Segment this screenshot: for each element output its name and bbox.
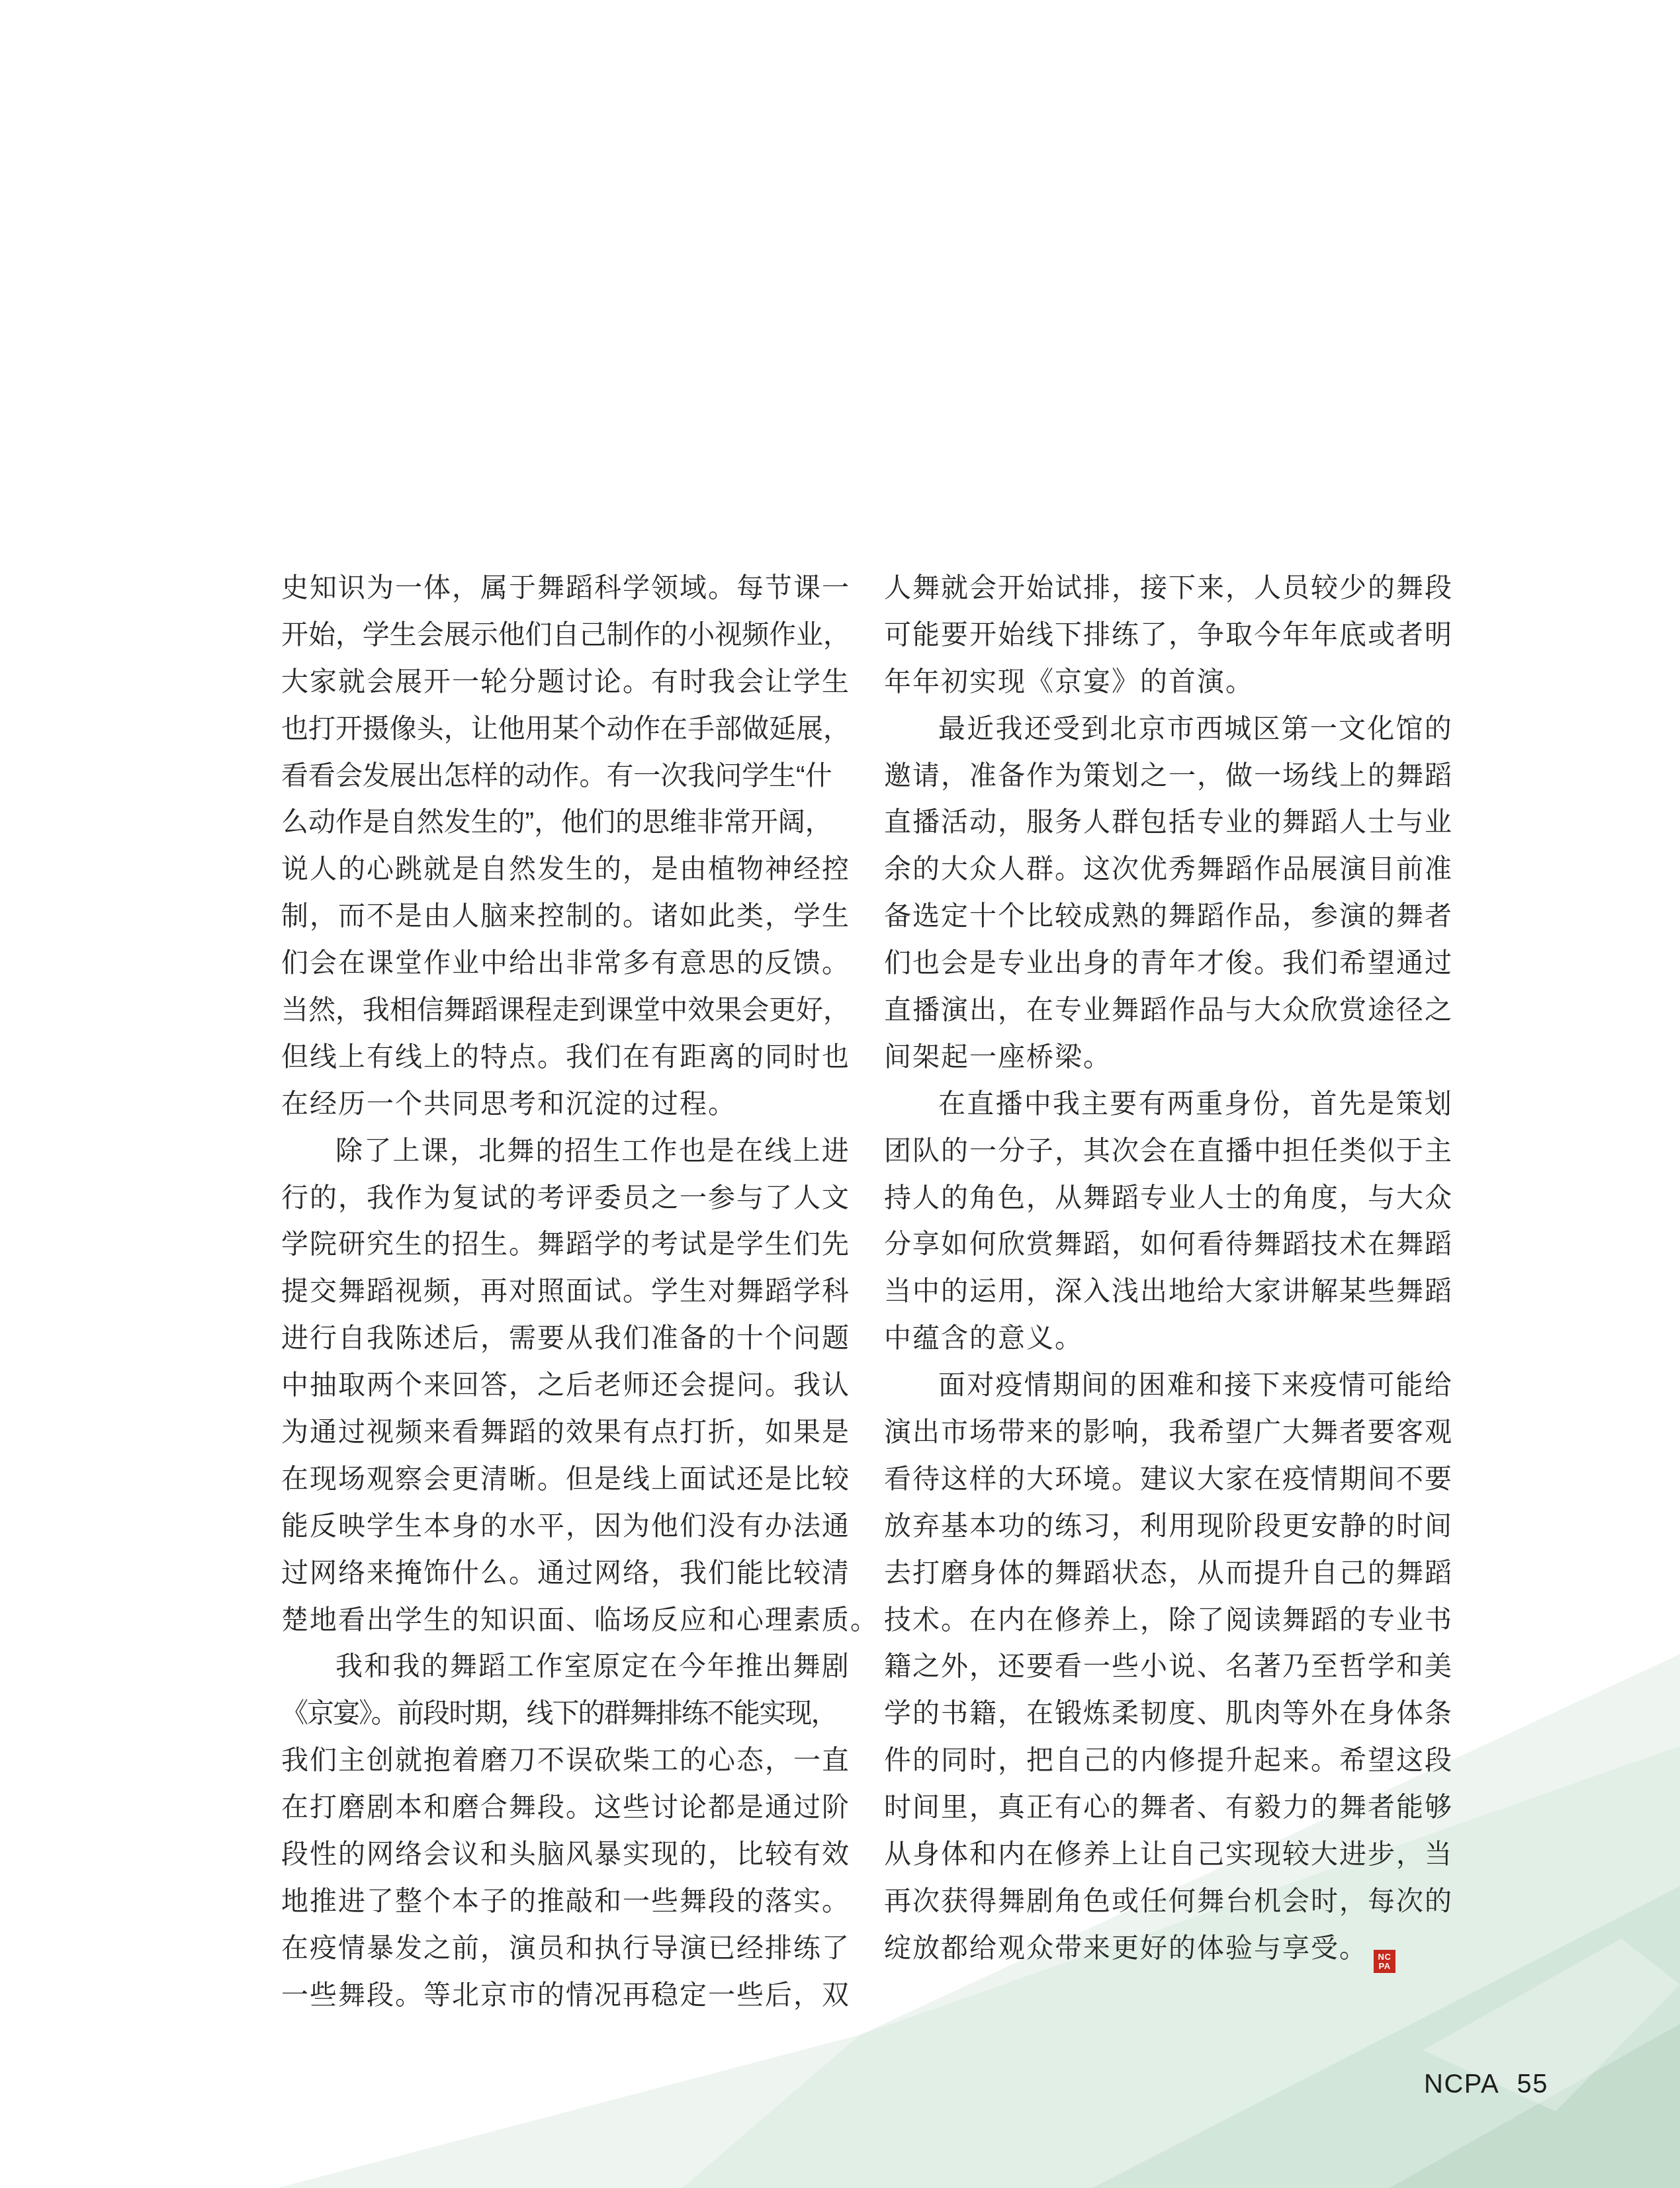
text-run: 去打磨身体的舞蹈状态，从而提升自己的舞蹈 — [884, 1557, 1453, 1588]
text-line: 件的同时，把自己的内修提升起来。希望这段 — [884, 1737, 1453, 1784]
text-line: 段性的网络会议和头脑风暴实现的，比较有效 — [281, 1831, 850, 1878]
text-line: 行的，我作为复试的考评委员之一参与了人文 — [281, 1174, 850, 1221]
text-line: 中蕴含的意义。 — [884, 1315, 1453, 1362]
text-line: 当中的运用，深入浅出地给大家讲解某些舞蹈 — [884, 1268, 1453, 1315]
text-run: 间架起一座桥梁。 — [884, 1041, 1112, 1072]
text-run: 直播演出，在专业舞蹈作品与大众欣赏途径之 — [884, 994, 1453, 1025]
text-line: 《京宴》。前段时期，线下的群舞排练不能实现， — [281, 1690, 850, 1737]
ncpa-seal: NCPA — [1374, 1950, 1395, 1973]
text-line: 中抽取两个来回答，之后老师还会提问。我认 — [281, 1362, 850, 1409]
text-line: 学的书籍，在锻炼柔韧度、肌肉等外在身体条 — [884, 1690, 1453, 1737]
text-run: 制，而不是由人脑来控制的。诸如此类，学生 — [281, 900, 850, 931]
text-line: 年年初实现《京宴》的首演。 — [884, 658, 1453, 705]
text-run: 大家就会展开一轮分题讨论。有时我会让学生 — [281, 666, 850, 697]
text-run: 学院研究生的招生。舞蹈学的考试是学生们先 — [281, 1229, 850, 1259]
text-run: 余的大众人群。这次优秀舞蹈作品展演目前准 — [884, 853, 1453, 884]
text-line: 间架起一座桥梁。 — [884, 1033, 1453, 1080]
text-line: 人舞就会开始试排，接下来，人员较少的舞段 — [884, 564, 1453, 611]
text-run: 中抽取两个来回答，之后老师还会提问。我认 — [281, 1370, 850, 1400]
text-column-left: 史知识为一体，属于舞蹈科学领域。每节课一开始，学生会展示他们自己制作的小视频作业… — [281, 564, 850, 2019]
text-line: 在直播中我主要有两重身份，首先是策划 — [884, 1080, 1453, 1127]
text-run: 在打磨剧本和磨合舞段。这些讨论都是通过阶 — [281, 1792, 850, 1822]
text-line: 去打磨身体的舞蹈状态，从而提升自己的舞蹈 — [884, 1550, 1453, 1597]
text-line: 提交舞蹈视频，再对照面试。学生对舞蹈学科 — [281, 1268, 850, 1315]
text-line: 看看会发展出怎样的动作。有一次我问学生“什 — [281, 752, 850, 799]
text-run: 看看会发展出怎样的动作。有一次我问学生“什 — [281, 760, 832, 791]
text-line: 演出市场带来的影响，我希望广大舞者要客观 — [884, 1409, 1453, 1456]
text-run: 备选定十个比较成熟的舞蹈作品，参演的舞者 — [884, 900, 1453, 931]
text-line: 楚地看出学生的知识面、临场反应和心理素质。 — [281, 1597, 850, 1643]
text-run: 中蕴含的意义。 — [884, 1323, 1083, 1353]
text-run: 演出市场带来的影响，我希望广大舞者要客观 — [884, 1417, 1453, 1447]
text-run: 进行自我陈述后，需要从我们准备的十个问题 — [281, 1323, 850, 1353]
text-line: 也打开摄像头，让他用某个动作在手部做延展， — [281, 705, 850, 752]
text-run: 但线上有线上的特点。我们在有距离的同时也 — [281, 1041, 850, 1072]
text-line: 备选定十个比较成熟的舞蹈作品，参演的舞者 — [884, 893, 1453, 940]
text-line: 时间里，真正有心的舞者、有毅力的舞者能够 — [884, 1784, 1453, 1831]
text-run: 《京宴》。前段时期，线下的群舞排练不能实现， — [281, 1698, 836, 1728]
text-line: 除了上课，北舞的招生工作也是在线上进 — [281, 1127, 850, 1174]
text-line: 说人的心跳就是自然发生的，是由植物神经控 — [281, 846, 850, 893]
text-line: 过网络来掩饰什么。通过网络，我们能比较清 — [281, 1550, 850, 1597]
text-line: 技术。在内在修养上，除了阅读舞蹈的专业书 — [884, 1597, 1453, 1643]
seal-line-1: NC — [1378, 1952, 1392, 1962]
text-line: 再次获得舞剧角色或任何舞台机会时，每次的 — [884, 1878, 1453, 1925]
text-line: 籍之外，还要看一些小说、名著乃至哲学和美 — [884, 1643, 1453, 1690]
text-line: 直播活动，服务人群包括专业的舞蹈人士与业 — [884, 799, 1453, 846]
text-run: 在现场观察会更清晰。但是线上面试还是比较 — [281, 1464, 850, 1494]
text-line: 为通过视频来看舞蹈的效果有点打折，如果是 — [281, 1409, 850, 1456]
text-run: 人舞就会开始试排，接下来，人员较少的舞段 — [884, 572, 1453, 603]
text-run: 放弃基本功的练习，利用现阶段更安静的时间 — [884, 1510, 1453, 1541]
text-line: 开始，学生会展示他们自己制作的小视频作业， — [281, 611, 850, 658]
text-run: 件的同时，把自己的内修提升起来。希望这段 — [884, 1745, 1453, 1775]
magazine-page: 史知识为一体，属于舞蹈科学领域。每节课一开始，学生会展示他们自己制作的小视频作业… — [0, 0, 1680, 2188]
text-line: 可能要开始线下排练了，争取今年年底或者明 — [884, 611, 1453, 658]
article-body: 史知识为一体，属于舞蹈科学领域。每节课一开始，学生会展示他们自己制作的小视频作业… — [281, 564, 1453, 2019]
text-line: 我们主创就抱着磨刀不误砍柴工的心态，一直 — [281, 1737, 850, 1784]
text-run: 技术。在内在修养上，除了阅读舞蹈的专业书 — [884, 1604, 1453, 1635]
text-run: 面对疫情期间的困难和接下来疫情可能给 — [938, 1370, 1453, 1400]
text-line: 一些舞段。等北京市的情况再稳定一些后，双 — [281, 1972, 850, 2019]
text-run: 团队的一分子，其次会在直播中担任类似于主 — [884, 1135, 1453, 1166]
text-line: 团队的一分子，其次会在直播中担任类似于主 — [884, 1127, 1453, 1174]
text-line: 最近我还受到北京市西城区第一文化馆的 — [884, 705, 1453, 752]
text-run: 开始，学生会展示他们自己制作的小视频作业， — [281, 619, 850, 650]
text-run: 我和我的舞蹈工作室原定在今年推出舞剧 — [335, 1651, 850, 1681]
text-line: 大家就会展开一轮分题讨论。有时我会让学生 — [281, 658, 850, 705]
text-run: 么动作是自然发生的”，他们的思维非常开阔， — [281, 807, 832, 837]
text-run: 行的，我作为复试的考评委员之一参与了人文 — [281, 1182, 850, 1213]
text-run: 楚地看出学生的知识面、临场反应和心理素质。 — [281, 1604, 879, 1635]
text-line: 绽放都给观众带来更好的体验与享受。NCPA — [884, 1925, 1453, 1972]
page-number: NCPA 55 — [1424, 2070, 1548, 2099]
text-line: 持人的角色，从舞蹈专业人士的角度，与大众 — [884, 1174, 1453, 1221]
text-run: 们也会是专业出身的青年才俊。我们希望通过 — [884, 947, 1453, 978]
text-run: 除了上课，北舞的招生工作也是在线上进 — [335, 1135, 850, 1166]
text-run: 我们主创就抱着磨刀不误砍柴工的心态，一直 — [281, 1745, 850, 1775]
text-run: 在经历一个共同思考和沉淀的过程。 — [281, 1088, 736, 1119]
text-run: 籍之外，还要看一些小说、名著乃至哲学和美 — [884, 1651, 1453, 1681]
text-run: 绽放都给观众带来更好的体验与享受。 — [884, 1933, 1368, 1963]
text-line: 分享如何欣赏舞蹈，如何看待舞蹈技术在舞蹈 — [884, 1221, 1453, 1268]
text-line: 当然，我相信舞蹈课程走到课堂中效果会更好， — [281, 986, 850, 1033]
text-run: 邀请，准备作为策划之一，做一场线上的舞蹈 — [884, 760, 1453, 791]
text-line: 但线上有线上的特点。我们在有距离的同时也 — [281, 1033, 850, 1080]
text-line: 从身体和内在修养上让自己实现较大进步，当 — [884, 1831, 1453, 1878]
text-line: 面对疫情期间的困难和接下来疫情可能给 — [884, 1362, 1453, 1409]
text-line: 邀请，准备作为策划之一，做一场线上的舞蹈 — [884, 752, 1453, 799]
text-run: 一些舞段。等北京市的情况再稳定一些后，双 — [281, 1980, 850, 2010]
text-run: 能反映学生本身的水平，因为他们没有办法通 — [281, 1510, 850, 1541]
text-run: 持人的角色，从舞蹈专业人士的角度，与大众 — [884, 1182, 1453, 1213]
text-line: 在疫情暴发之前，演员和执行导演已经排练了 — [281, 1925, 850, 1972]
text-line: 们也会是专业出身的青年才俊。我们希望通过 — [884, 940, 1453, 986]
text-line: 制，而不是由人脑来控制的。诸如此类，学生 — [281, 893, 850, 940]
text-run: 地推进了整个本子的推敲和一些舞段的落实。 — [281, 1886, 850, 1916]
text-run: 段性的网络会议和头脑风暴实现的，比较有效 — [281, 1839, 850, 1869]
text-run: 看待这样的大环境。建议大家在疫情期间不要 — [884, 1464, 1453, 1494]
seal-line-2: PA — [1378, 1962, 1390, 1971]
text-run: 也打开摄像头，让他用某个动作在手部做延展， — [281, 713, 850, 744]
text-run: 最近我还受到北京市西城区第一文化馆的 — [938, 713, 1453, 744]
text-line: 进行自我陈述后，需要从我们准备的十个问题 — [281, 1315, 850, 1362]
text-run: 史知识为一体，属于舞蹈科学领域。每节课一 — [281, 572, 850, 603]
text-run: 从身体和内在修养上让自己实现较大进步，当 — [884, 1839, 1453, 1869]
text-line: 能反映学生本身的水平，因为他们没有办法通 — [281, 1503, 850, 1550]
text-run: 过网络来掩饰什么。通过网络，我们能比较清 — [281, 1557, 850, 1588]
text-line: 在现场观察会更清晰。但是线上面试还是比较 — [281, 1456, 850, 1503]
text-run: 分享如何欣赏舞蹈，如何看待舞蹈技术在舞蹈 — [884, 1229, 1453, 1259]
text-line: 放弃基本功的练习，利用现阶段更安静的时间 — [884, 1503, 1453, 1550]
text-line: 地推进了整个本子的推敲和一些舞段的落实。 — [281, 1878, 850, 1925]
text-run: 当然，我相信舞蹈课程走到课堂中效果会更好， — [281, 994, 850, 1025]
text-run: 时间里，真正有心的舞者、有毅力的舞者能够 — [884, 1792, 1453, 1822]
text-run: 当中的运用，深入浅出地给大家讲解某些舞蹈 — [884, 1276, 1453, 1306]
text-run: 再次获得舞剧角色或任何舞台机会时，每次的 — [884, 1886, 1453, 1916]
text-run: 为通过视频来看舞蹈的效果有点打折，如果是 — [281, 1417, 850, 1447]
text-run: 年年初实现《京宴》的首演。 — [884, 666, 1254, 697]
text-run: 们会在课堂作业中给出非常多有意思的反馈。 — [281, 947, 850, 978]
text-run: 直播活动，服务人群包括专业的舞蹈人士与业 — [884, 807, 1453, 837]
text-line: 我和我的舞蹈工作室原定在今年推出舞剧 — [281, 1643, 850, 1690]
text-run: 学的书籍，在锻炼柔韧度、肌肉等外在身体条 — [884, 1698, 1453, 1728]
text-line: 余的大众人群。这次优秀舞蹈作品展演目前准 — [884, 846, 1453, 893]
text-line: 在打磨剧本和磨合舞段。这些讨论都是通过阶 — [281, 1784, 850, 1831]
text-line: 在经历一个共同思考和沉淀的过程。 — [281, 1080, 850, 1127]
text-line: 史知识为一体，属于舞蹈科学领域。每节课一 — [281, 564, 850, 611]
text-line: 看待这样的大环境。建议大家在疫情期间不要 — [884, 1456, 1453, 1503]
text-run: 说人的心跳就是自然发生的，是由植物神经控 — [281, 853, 850, 884]
text-run: 可能要开始线下排练了，争取今年年底或者明 — [884, 619, 1453, 650]
text-run: 提交舞蹈视频，再对照面试。学生对舞蹈学科 — [281, 1276, 850, 1306]
text-line: 么动作是自然发生的”，他们的思维非常开阔， — [281, 799, 850, 846]
text-run: 在疫情暴发之前，演员和执行导演已经排练了 — [281, 1933, 850, 1963]
text-column-right: 人舞就会开始试排，接下来，人员较少的舞段可能要开始线下排练了，争取今年年底或者明… — [884, 564, 1453, 2019]
text-run: 在直播中我主要有两重身份，首先是策划 — [938, 1088, 1453, 1119]
text-line: 学院研究生的招生。舞蹈学的考试是学生们先 — [281, 1221, 850, 1268]
text-line: 直播演出，在专业舞蹈作品与大众欣赏途径之 — [884, 986, 1453, 1033]
text-line: 们会在课堂作业中给出非常多有意思的反馈。 — [281, 940, 850, 986]
